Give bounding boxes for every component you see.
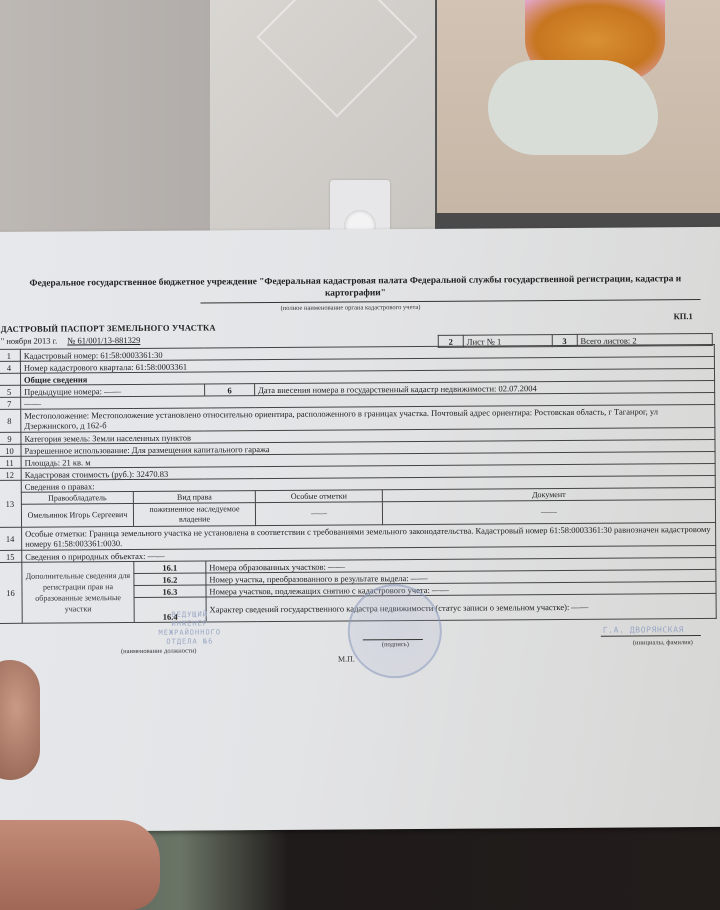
position-caption: (наименование должности) xyxy=(121,648,197,656)
rights-header-type: Вид права xyxy=(133,491,255,504)
row-number: 8 xyxy=(0,409,21,432)
signer-name: Г.А. ДВОРЯНСКАЯ xyxy=(603,625,684,635)
record-status: Характер сведений государственного кадас… xyxy=(206,593,716,622)
sub-row-number: 16.1 xyxy=(134,561,206,574)
rights-notes: —— xyxy=(255,502,382,526)
row-number: 15 xyxy=(0,550,22,562)
signature-caption: (подпись) xyxy=(382,641,409,648)
row-number: 5 xyxy=(0,385,21,397)
row-number: 10 xyxy=(0,444,21,456)
cadastral-data-table: 1 Кадастровый номер: 61:58:0003361:30 4 … xyxy=(0,344,717,624)
rights-type: пожизненное наследуемое владение xyxy=(133,503,255,527)
document-number: № 61/001/13-881329 xyxy=(67,335,140,346)
organization-caption: (полное наименование органа кадастрового… xyxy=(251,304,451,312)
decorative-cloud-sticker xyxy=(488,60,658,155)
row-number xyxy=(0,373,21,385)
row-number: 7 xyxy=(0,397,21,409)
seal-label: М.П. xyxy=(338,654,355,663)
row-number: 14 xyxy=(0,527,22,550)
rights-document: —— xyxy=(382,499,715,524)
hand-fingers xyxy=(0,820,160,910)
signer-line xyxy=(601,635,701,637)
document-title: ДАСТРОВЫЙ ПАСПОРТ ЗЕМЕЛЬНОГО УЧАСТКА xyxy=(1,322,216,334)
sub-row-number: 16.2 xyxy=(134,573,206,586)
row-number: 6 xyxy=(204,384,254,396)
rights-header-owner: Правообладатель xyxy=(21,492,133,505)
document-date: " ноября 2013 г.№ 61/001/13-881329 xyxy=(1,335,141,346)
cadastral-passport-document: Федеральное государственное бюджетное уч… xyxy=(0,227,720,832)
background-tiled-wall xyxy=(210,0,435,235)
additional-info-label: Дополнительные сведения для регистрации … xyxy=(22,562,134,624)
official-seal-icon xyxy=(347,584,442,679)
rights-owner: Омельянюк Игорь Сергеевич xyxy=(21,504,133,528)
row-number: 16 xyxy=(0,562,22,623)
row-number: 9 xyxy=(0,432,21,444)
rights-header-notes: Особые отметки xyxy=(255,490,382,503)
row-number: 1 xyxy=(0,349,20,361)
row-number: 4 xyxy=(0,361,20,373)
row-number: 13 xyxy=(0,480,22,527)
signer-caption: (инициалы, фамилия) xyxy=(633,639,693,646)
position-stamp: ВЕДУЩИЙ ИНЖЕНЕР МЕЖРАЙОННОГО ОТДЕЛА №6 xyxy=(155,610,225,646)
form-code: КП.1 xyxy=(674,311,693,321)
organization-name: Федеральное государственное бюджетное уч… xyxy=(10,273,700,302)
row-number: 11 xyxy=(0,456,21,468)
hand-thumb xyxy=(0,660,40,780)
date-text: " ноября 2013 г. xyxy=(1,336,58,346)
sub-row-number: 16.3 xyxy=(134,585,206,598)
row-number: 12 xyxy=(0,468,21,480)
